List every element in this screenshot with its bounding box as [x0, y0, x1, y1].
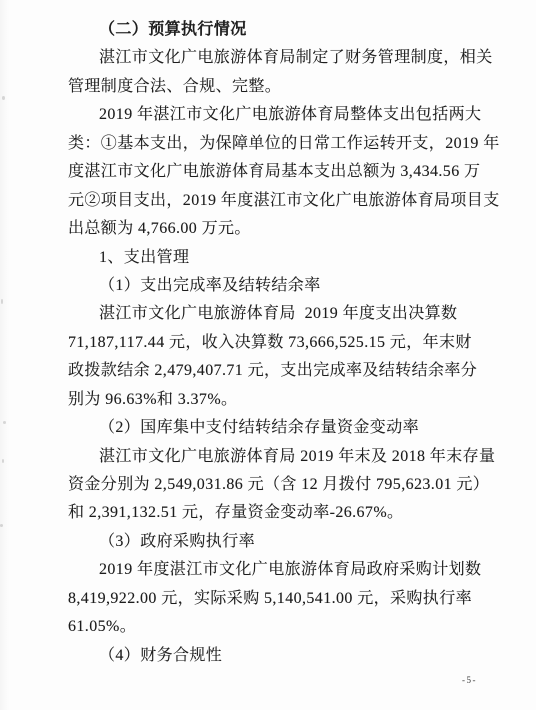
- section-heading: （二）预算执行情况: [68, 16, 478, 44]
- scanned-document-page: （二）预算执行情况湛江市文化广电旅游体育局制定了财务管理制度，相关管理制度合法、…: [0, 0, 536, 710]
- doc-line-4: 类：①基本支出，为保障单位的日常工作运转开支，2019 年: [68, 130, 478, 158]
- scan-speck: [0, 524, 3, 527]
- doc-line-11: 71,187,117.44 元，收入决算数 73,666,525.15 元，年末…: [68, 329, 478, 357]
- doc-line-18: （3）政府采购执行率: [68, 528, 478, 556]
- document-body: （二）预算执行情况湛江市文化广电旅游体育局制定了财务管理制度，相关管理制度合法、…: [68, 16, 478, 670]
- doc-line-14: （2）国库集中支付结转结余存量资金变动率: [68, 414, 478, 442]
- scan-edge-shading: [0, 0, 9, 710]
- scan-speck: [2, 96, 5, 100]
- doc-line-1: 湛江市文化广电旅游体育局制定了财务管理制度，相关: [68, 44, 478, 72]
- scan-speck: [2, 459, 4, 463]
- doc-line-8: 1、支出管理: [68, 244, 478, 272]
- doc-line-22: （4）财务合规性: [68, 642, 478, 670]
- doc-line-10: 湛江市文化广电旅游体育局 2019 年度支出决算数: [68, 300, 478, 328]
- scan-speck: [3, 421, 6, 424]
- doc-line-19: 2019 年度湛江市文化广电旅游体育局政府采购计划数: [68, 556, 478, 584]
- doc-line-5: 度湛江市文化广电旅游体育局基本支出总额为 3,434.56 万: [68, 158, 478, 186]
- doc-line-17: 和 2,391,132.51 元，存量资金变动率-26.67%。: [68, 499, 478, 527]
- doc-line-21: 61.05%。: [68, 613, 478, 641]
- scan-speck: [1, 299, 3, 304]
- doc-line-6: 元②项目支出，2019 年度湛江市文化广电旅游体育局项目支: [68, 187, 478, 215]
- doc-line-13: 别为 96.63%和 3.37%。: [68, 386, 478, 414]
- doc-line-2: 管理制度合法、合规、完整。: [68, 73, 478, 101]
- doc-line-9: （1）支出完成率及结转结余率: [68, 272, 478, 300]
- doc-line-16: 资金分别为 2,549,031.86 元（含 12 月拨付 795,623.01…: [68, 471, 478, 499]
- doc-line-15: 湛江市文化广电旅游体育局 2019 年末及 2018 年末存量: [68, 443, 478, 471]
- doc-line-12: 政拨款结余 2,479,407.71 元，支出完成率及结转结余率分: [68, 357, 478, 385]
- doc-line-20: 8,419,922.00 元，实际采购 5,140,541.00 元，采购执行率: [68, 585, 478, 613]
- page-number: -5-: [462, 675, 477, 685]
- doc-line-7: 出总额为 4,766.00 万元。: [68, 215, 478, 243]
- doc-line-3: 2019 年湛江市文化广电旅游体育局整体支出包括两大: [68, 101, 478, 129]
